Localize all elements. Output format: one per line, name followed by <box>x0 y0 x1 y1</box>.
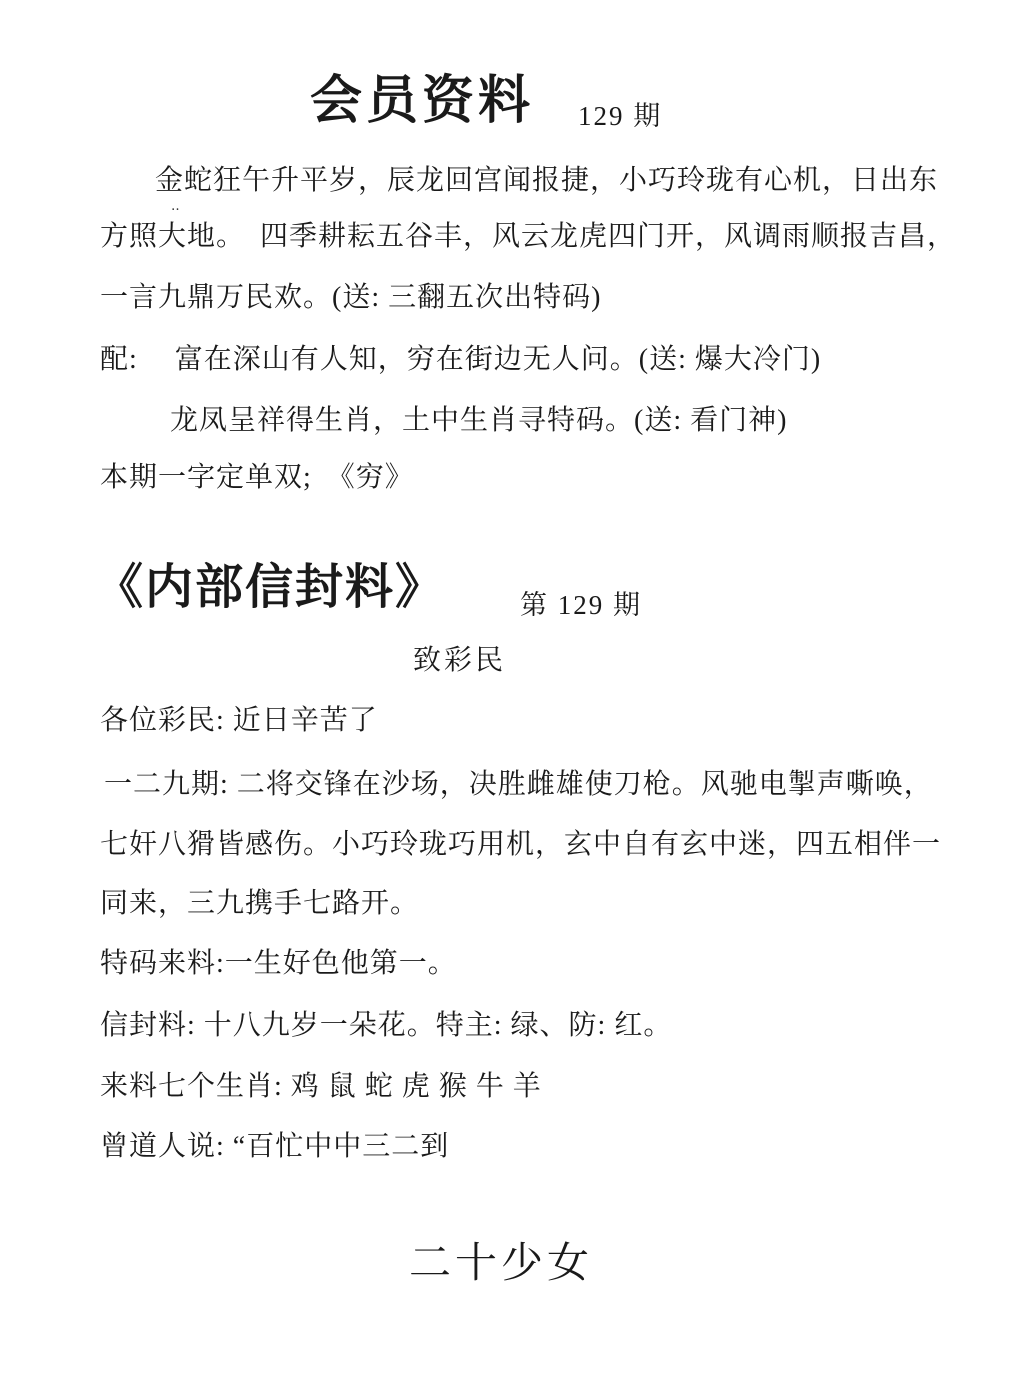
period-poem-line-2: 七奸八猾皆感伤。小巧玲珑巧用机，玄中自有玄中迷，四五相伴一 <box>100 831 941 859</box>
envelope-subtitle: 致彩民 <box>413 647 506 675</box>
footer-title: 二十少女 <box>409 1243 593 1285</box>
xinfengliao-line: 信封料: 十八九岁一朵花。特主: 绿、防: 红。 <box>100 1012 672 1040</box>
zodiac-list-line: 来料七个生肖: 鸡 鼠 蛇 虎 猴 牛 羊 <box>100 1073 542 1101</box>
member-danshuang-line: 本期一字定单双; 《穷》 <box>100 464 414 492</box>
member-poem-line-2: 方照大地。 四季耕耘五谷丰，风云龙虎四门开，风调雨顺报吉昌， <box>100 223 956 251</box>
member-issue-number: 129 期 <box>578 103 662 130</box>
print-artifact-dots: ‥ <box>171 199 183 212</box>
document-page: 会员资料 129 期 金蛇狂午升平岁，辰龙回宫闻报捷，小巧玲珑有心机，日出东 ‥… <box>0 0 1033 1388</box>
member-poem-line-1: 金蛇狂午升平岁，辰龙回宫闻报捷，小巧玲珑有心机，日出东 <box>155 167 938 195</box>
envelope-issue-number: 第 129 期 <box>520 592 642 619</box>
envelope-heading: 《内部信封料》 <box>95 564 445 612</box>
tema-laila-line: 特码来料:一生好色他第一。 <box>100 950 457 978</box>
page-title: 会员资料 <box>310 76 534 128</box>
zengdaoren-line: 曾道人说: “百忙中中三二到 <box>100 1133 449 1161</box>
member-longfeng-line: 龙凤呈祥得生肖，土中生肖寻特码。(送: 看门神) <box>170 407 787 435</box>
period-poem-line-1: 一二九期: 二将交锋在沙场，决胜雌雄使刀枪。风驰电掣声嘶唤， <box>104 771 933 799</box>
period-poem-line-3: 同来，三九携手七路开。 <box>100 890 419 918</box>
member-pei-line: 配: 富在深山有人知，穷在街边无人问。(送: 爆大冷门) <box>100 346 821 374</box>
envelope-greeting-line: 各位彩民: 近日辛苦了 <box>100 707 378 735</box>
member-poem-line-3: 一言九鼎万民欢。(送: 三翻五次出特码) <box>100 284 601 312</box>
